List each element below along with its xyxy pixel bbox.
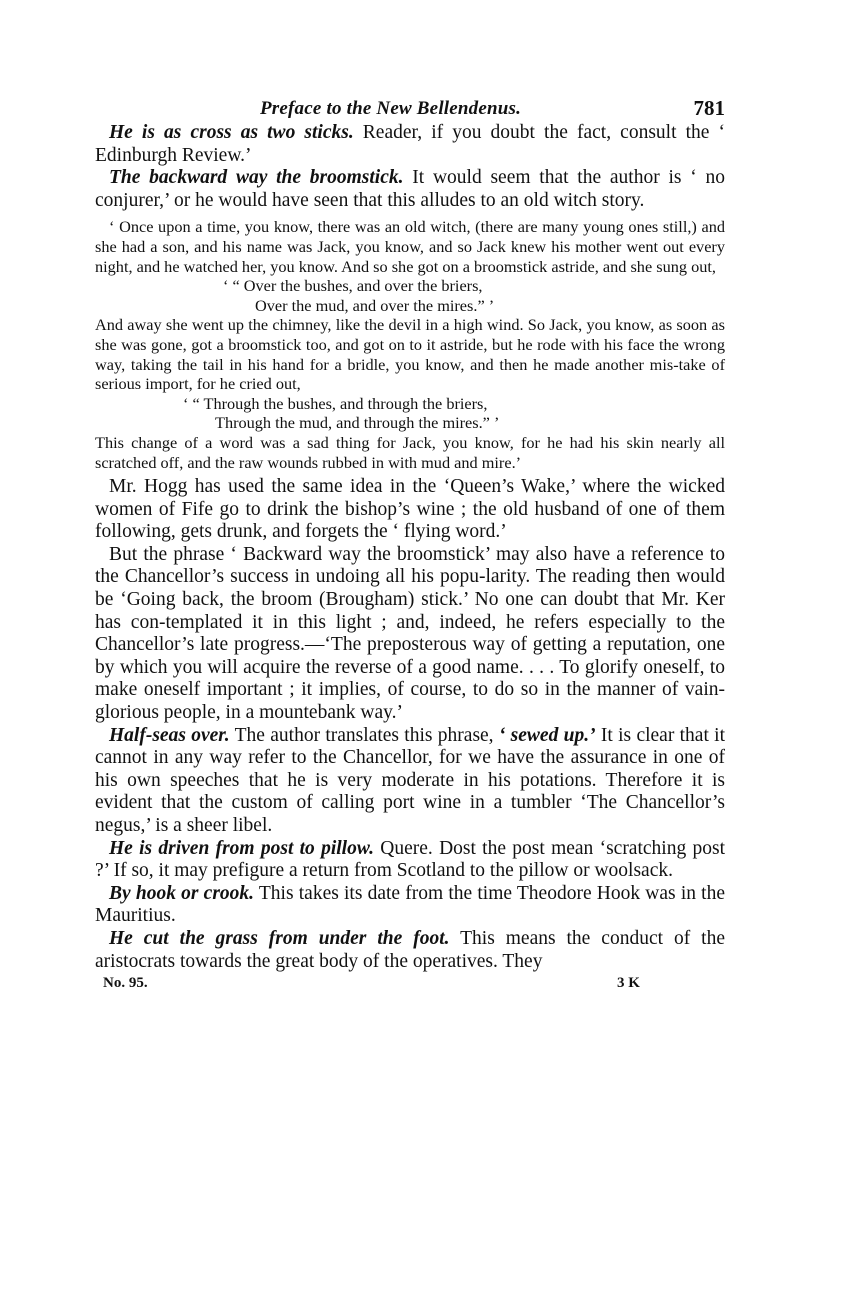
book-page: Preface to the New Bellendenus. 781 He i… [95,94,725,997]
paragraph-text: The author translates this phrase, [230,725,499,746]
page-number: 781 [694,96,726,121]
paragraph-post-pillow: He is driven from post to pillow. Quere.… [95,838,725,883]
page-footer: No. 95. 3 K [95,975,725,997]
phrase-heading: He is driven from post to pillow. [109,838,374,859]
verse-line: Over the mud, and over the mires.” ’ [95,296,725,316]
paragraph-cross-sticks: He is as cross as two sticks. Reader, if… [95,122,725,167]
phrase-heading: The backward way the broomstick. [109,167,404,188]
verse-line: Through the mud, and through the mires.”… [95,413,725,433]
phrase-heading: Half-seas over. [109,725,230,746]
phrase-heading: He is as cross as two sticks. [109,122,354,143]
paragraph-backward-broomstick: The backward way the broomstick. It woul… [95,167,725,212]
paragraph-hogg: Mr. Hogg has used the same idea in the ‘… [95,476,725,544]
sheet-mark: 3 K [617,975,640,992]
verse-over: ‘ “ Over the bushes, and over the briers… [95,276,725,315]
verse-through: ‘ “ Through the bushes, and through the … [95,394,725,433]
verse-line: ‘ “ Over the bushes, and over the briers… [95,276,725,296]
verse-line: ‘ “ Through the bushes, and through the … [95,394,725,414]
page-header: Preface to the New Bellendenus. 781 [95,94,725,122]
translation-phrase: ‘ sewed up.’ [499,725,596,746]
paragraph-half-seas: Half-seas over. The author translates th… [95,725,725,838]
witch-story-end: This change of a word was a sad thing fo… [95,433,725,472]
witch-story-intro: ‘ Once upon a time, you know, there was … [95,217,725,276]
phrase-heading: He cut the grass from under the foot. [109,928,450,949]
paragraph-grass: He cut the grass from under the foot. Th… [95,928,725,973]
phrase-heading: By hook or crook. [109,883,254,904]
running-title: Preface to the New Bellendenus. [260,98,521,120]
paragraph-hook-crook: By hook or crook. This takes its date fr… [95,883,725,928]
issue-signature: No. 95. [103,975,148,992]
witch-story-middle: And away she went up the chimney, like t… [95,315,725,393]
paragraph-chancellor: But the phrase ‘ Backward way the brooms… [95,544,725,725]
